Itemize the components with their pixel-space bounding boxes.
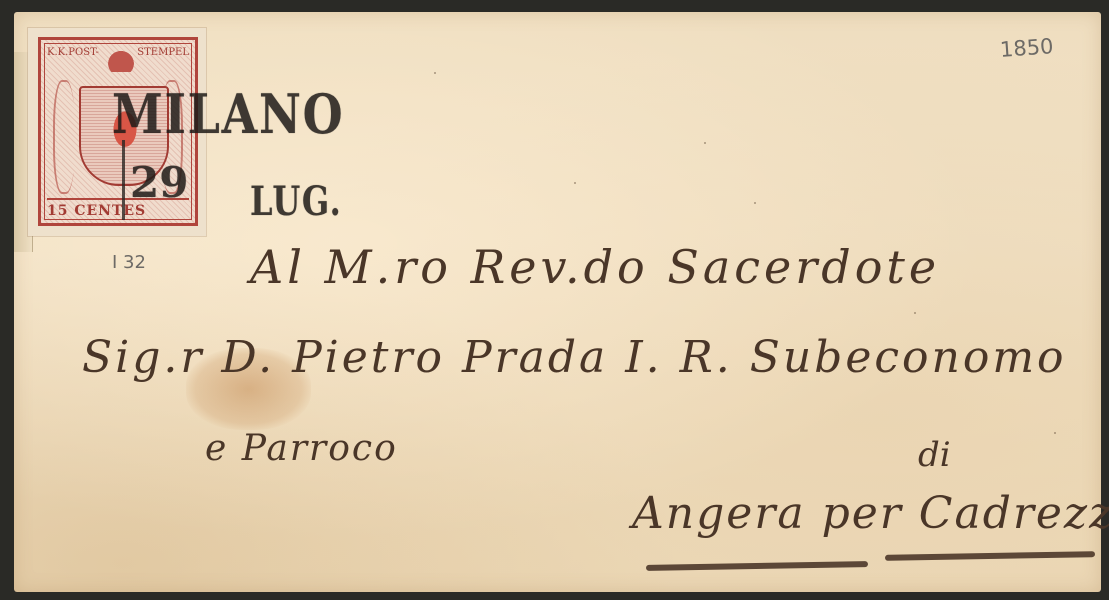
address-line-2: Sig.r D. Pietro Prada I. R. Subeconomo: [82, 332, 1067, 383]
crown-icon: [101, 44, 141, 72]
paper-speck: [434, 72, 436, 74]
postmark-month: LUG.: [250, 178, 342, 225]
paper-speck: [914, 312, 916, 314]
stamp-header: K.K.POST- STEMPEL: [47, 47, 189, 58]
postmark-bar: [122, 140, 125, 220]
stamp-header-right: STEMPEL: [137, 47, 189, 58]
address-line-5: Angera per Cadrezzate: [632, 488, 1109, 539]
postmark-day: 29: [130, 158, 188, 207]
address-line-3: e Parroco: [205, 428, 398, 469]
pencil-note-year: 1850: [999, 34, 1054, 62]
postmark-city: MILANO: [112, 82, 344, 146]
paper-speck: [704, 142, 706, 144]
pencil-note-catalog: I 32: [112, 252, 146, 273]
laurel-branch-icon: [53, 80, 75, 194]
paper-speck: [754, 202, 756, 204]
stamp-header-left: K.K.POST-: [47, 47, 99, 58]
address-line-1: Al M.ro Rev.do Sacerdote: [250, 240, 940, 294]
paper-speck: [574, 182, 576, 184]
paper-speck: [1054, 432, 1056, 434]
address-line-4: di: [918, 435, 951, 475]
